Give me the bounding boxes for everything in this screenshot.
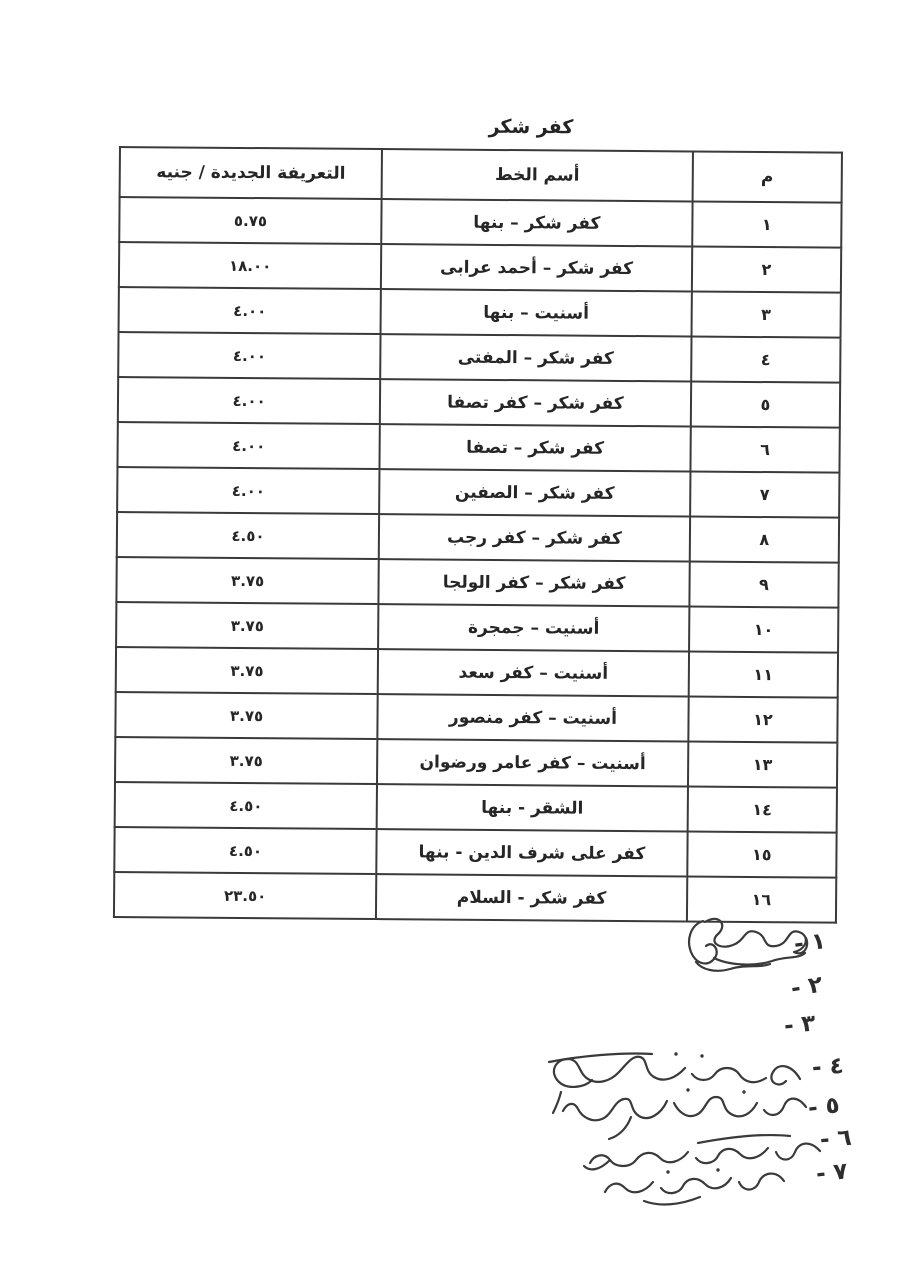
row-index: ٧ <box>690 471 840 517</box>
row-tariff: ٤.٠٠ <box>117 467 380 514</box>
row-tariff: ٤.٥٠ <box>117 512 380 559</box>
row-line-name: كفر شكر – الصفين <box>379 469 690 516</box>
row-index: ٦ <box>690 426 840 472</box>
row-tariff: ٥.٧٥ <box>119 197 382 244</box>
note-6-overline <box>698 1135 790 1143</box>
signature-scribble-stroke <box>689 919 807 965</box>
document-title: كفر شكر <box>453 115 609 138</box>
signature-scribble-tail <box>696 962 770 971</box>
row-index: ٢ <box>692 247 842 293</box>
handwritten-note-6-scribble <box>584 1135 820 1169</box>
table-row: ١ كفر شكر – بنها ٥.٧٥ <box>119 197 841 248</box>
row-tariff: ٣.٧٥ <box>115 737 378 784</box>
row-line-name: الشقر - بنها <box>377 784 688 831</box>
row-tariff: ٤.٠٠ <box>117 422 380 469</box>
note-7-text-scribble <box>605 1174 784 1194</box>
row-index: ١٣ <box>688 741 838 787</box>
row-line-name: أسنيت – بنها <box>381 289 692 336</box>
handwritten-note-number-4: ٤ - <box>811 1053 845 1082</box>
handwritten-note-number-7: ٧ - <box>815 1158 849 1187</box>
handwritten-note-5-scribble <box>553 1088 806 1139</box>
row-tariff: ٤.٠٠ <box>118 377 381 424</box>
row-line-name: أسنيت – كفر سعد <box>378 649 689 696</box>
row-line-name: كفر شكر – كفر تصفا <box>380 379 691 426</box>
note-5-apostrophe <box>553 1092 561 1113</box>
row-index: ١٢ <box>688 696 838 742</box>
table-row: ١٠ أسنيت – جمجرة ٣.٧٥ <box>116 602 838 653</box>
row-index: ١٦ <box>687 876 837 922</box>
row-index: ٣ <box>691 292 841 338</box>
table-row: ١٥ كفر على شرف الدين - بنها ٤.٥٠ <box>114 827 836 878</box>
note-4-dot <box>674 1052 677 1055</box>
tariff-table: م أسم الخط التعريفة الجديدة / جنيه ١ كفر… <box>113 146 843 924</box>
row-line-name: كفر شكر – بنها <box>381 199 692 246</box>
table-row: ١٦ كفر شكر - السلام ٢٣.٥٠ <box>114 872 836 923</box>
table-row: ٨ كفر شكر – كفر رجب ٤.٥٠ <box>117 512 839 563</box>
row-line-name: كفر على شرف الدين - بنها <box>376 829 687 876</box>
row-index: ١٤ <box>687 786 837 832</box>
table-row: ١١ أسنيت – كفر سعد ٣.٧٥ <box>116 647 838 698</box>
row-tariff: ٢٣.٥٠ <box>114 872 377 919</box>
row-tariff: ٤.٥٠ <box>114 827 377 874</box>
note-5-text-scribble <box>563 1097 806 1120</box>
row-tariff: ٤.٠٠ <box>119 287 382 334</box>
row-index: ١٥ <box>687 831 837 877</box>
handwritten-note-number-5: ٥ - <box>807 1092 842 1122</box>
table-row: ١٢ أسنيت – كفر منصور ٣.٧٥ <box>115 692 837 743</box>
note-5-descender <box>609 1117 631 1139</box>
row-index: ٤ <box>691 337 841 383</box>
row-tariff: ٣.٧٥ <box>116 602 379 649</box>
note-7-flourish <box>644 1197 700 1204</box>
note-7-dot <box>716 1168 719 1171</box>
row-tariff: ٣.٧٥ <box>116 557 379 604</box>
row-tariff: ٣.٧٥ <box>115 692 378 739</box>
handwritten-note-number-2: ٢ - <box>789 972 824 1003</box>
note-6-tail <box>584 1160 610 1169</box>
note-4-overline <box>549 1053 652 1062</box>
row-index: ١ <box>692 202 842 248</box>
table-row: ١٣ أسنيت – كفر عامر ورضوان ٣.٧٥ <box>115 737 837 788</box>
row-line-name: كفر شكر – كفر الولجا <box>379 559 690 606</box>
row-line-name: كفر شكر – كفر رجب <box>379 514 690 561</box>
row-line-name: أسنيت – جمجرة <box>378 604 689 651</box>
table-row: ٧ كفر شكر – الصفين ٤.٠٠ <box>117 467 839 518</box>
note-7-dot <box>666 1170 669 1173</box>
table-row: ٤ كفر شكر – المفتى ٤.٠٠ <box>118 332 840 383</box>
handwritten-note-number-3: ٣ - <box>783 1010 817 1039</box>
col-header-line-name: أسم الخط <box>382 149 693 201</box>
row-index: ١١ <box>688 651 838 697</box>
table-row: ٢ كفر شكر – أحمد عرابى ١٨.٠٠ <box>119 242 841 293</box>
row-tariff: ٤.٠٠ <box>118 332 381 379</box>
note-4-text-scribble <box>554 1057 800 1087</box>
row-index: ٥ <box>691 381 841 427</box>
row-line-name: كفر شكر – المفتى <box>380 334 691 381</box>
row-line-name: أسنيت – كفر عامر ورضوان <box>377 739 688 786</box>
row-tariff: ١٨.٠٠ <box>119 242 382 289</box>
handwritten-note-7-scribble <box>605 1168 784 1204</box>
scanned-document-page: كفر شكر م أسم الخط التعريفة الجديدة / جن… <box>0 0 904 1280</box>
note-4-dot <box>700 1054 703 1057</box>
table-row: ٩ كفر شكر – كفر الولجا ٣.٧٥ <box>116 557 838 608</box>
row-line-name: كفر شكر - السلام <box>376 874 687 921</box>
table-row: ٦ كفر شكر – تصفا ٤.٠٠ <box>117 422 839 473</box>
row-index: ٨ <box>690 516 840 562</box>
row-line-name: كفر شكر – تصفا <box>380 424 691 471</box>
note-6-text-scribble <box>590 1144 820 1166</box>
row-tariff: ٤.٥٠ <box>115 782 378 829</box>
handwritten-note-number-1: ١ - <box>793 928 828 958</box>
note-5-dot <box>686 1088 689 1091</box>
handwritten-note-number-6: ٦ - <box>819 1125 853 1154</box>
row-line-name: كفر شكر – أحمد عرابى <box>381 244 692 291</box>
col-header-tariff: التعريفة الجديدة / جنيه <box>120 147 383 199</box>
table-row: ١٤ الشقر - بنها ٤.٥٠ <box>115 782 837 833</box>
row-index: ٩ <box>689 561 839 607</box>
col-header-index: م <box>692 152 842 203</box>
handwritten-note-4-scribble <box>549 1052 800 1087</box>
row-tariff: ٣.٧٥ <box>116 647 379 694</box>
table-row: ٣ أسنيت – بنها ٤.٠٠ <box>119 287 841 338</box>
table-header-row: م أسم الخط التعريفة الجديدة / جنيه <box>120 147 842 203</box>
row-index: ١٠ <box>689 606 839 652</box>
note-5-dot <box>742 1090 745 1093</box>
table-row: ٥ كفر شكر – كفر تصفا ٤.٠٠ <box>118 377 840 428</box>
signature-scribble <box>689 919 807 971</box>
row-line-name: أسنيت – كفر منصور <box>378 694 689 741</box>
